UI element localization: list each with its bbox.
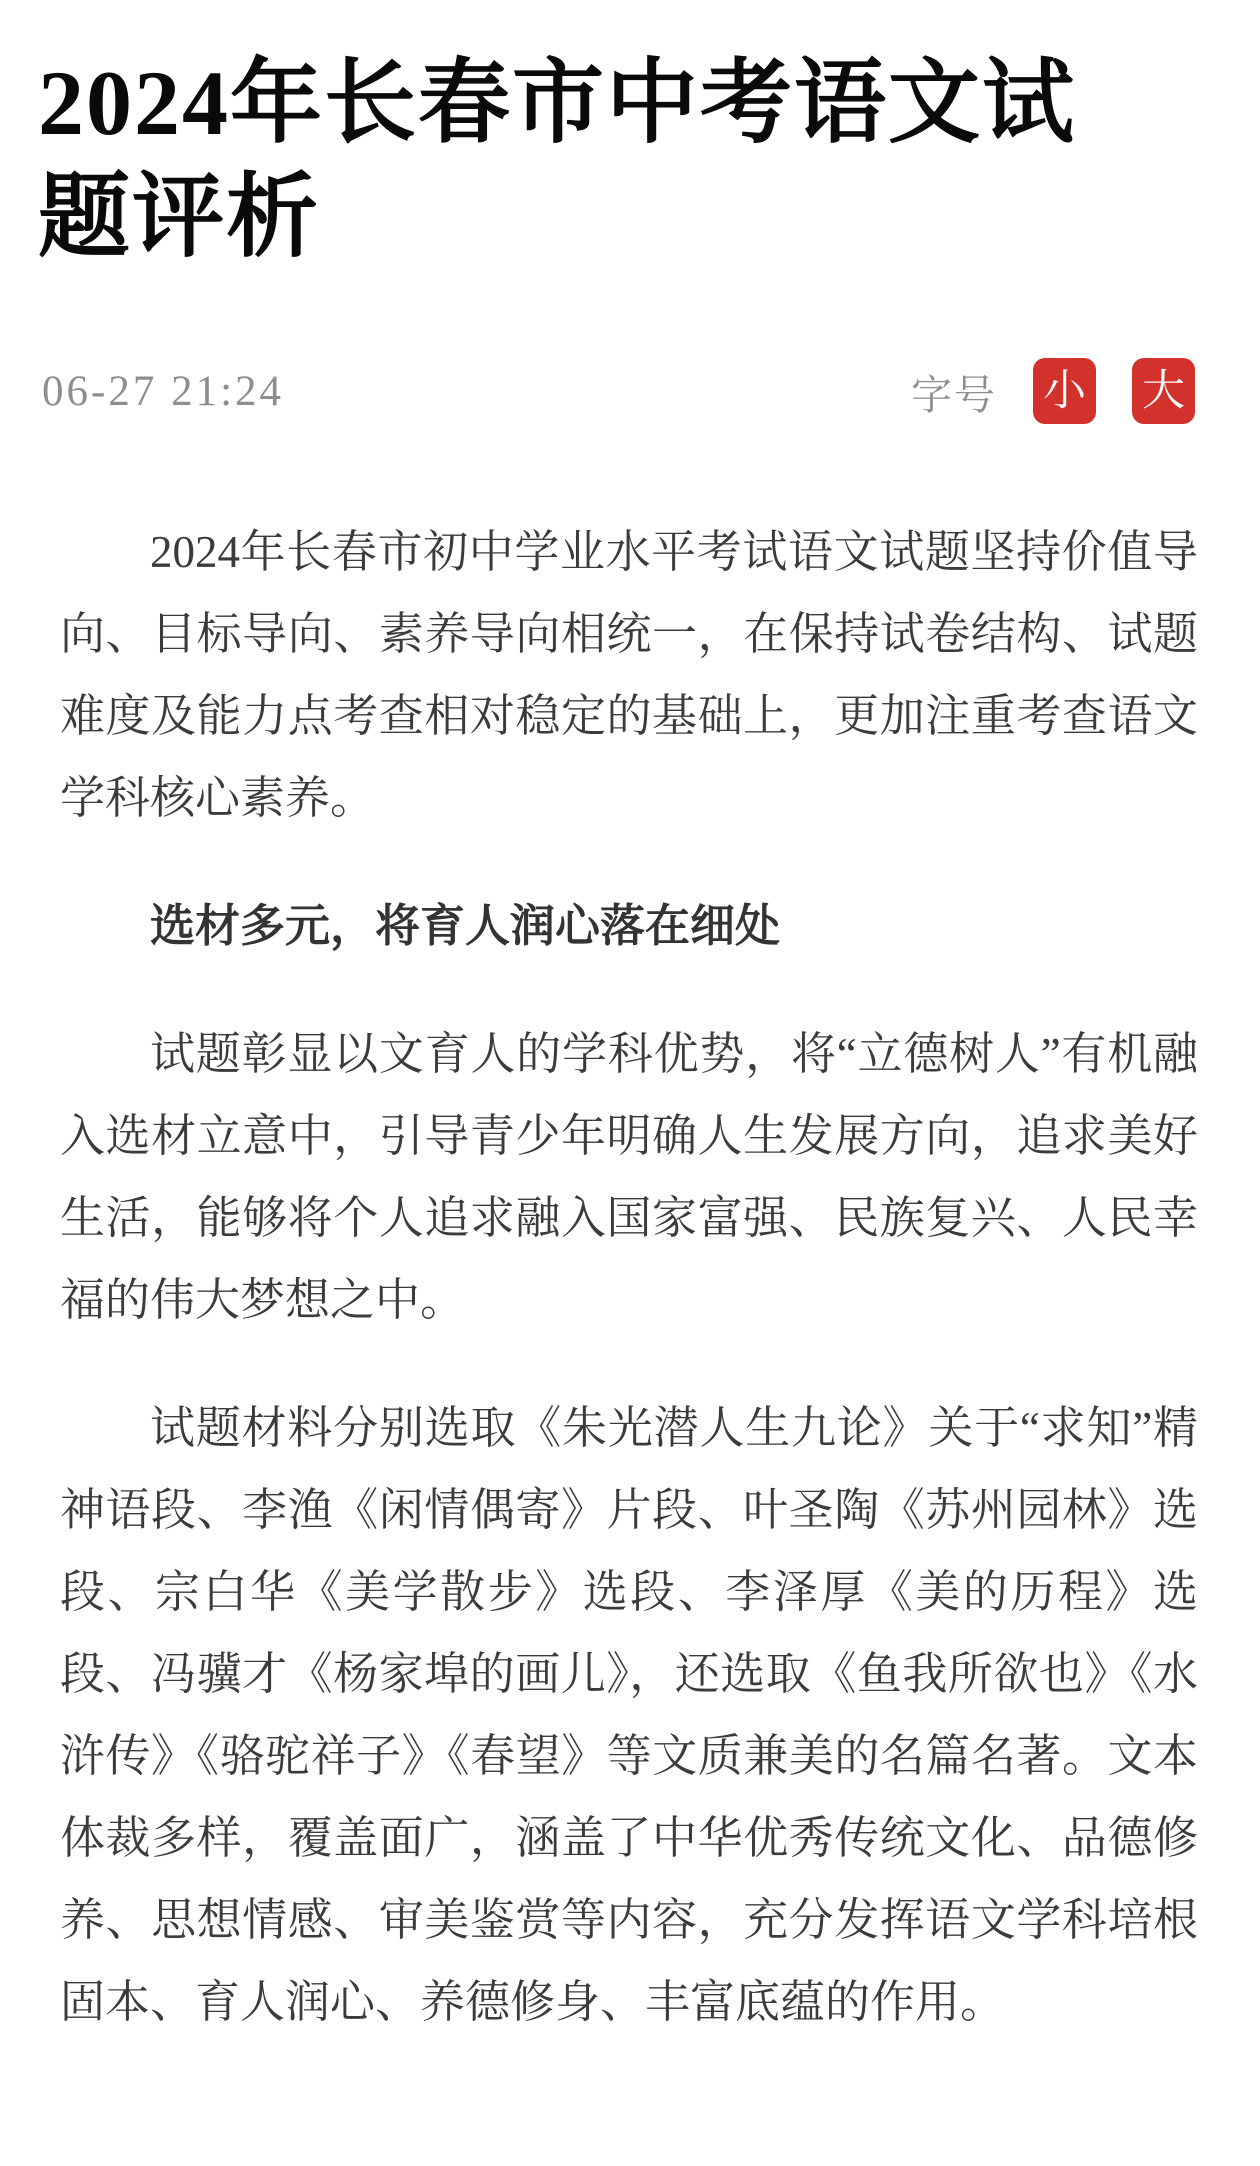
article-body: 2024年长春市初中学业水平考试语文试题坚持价值导向、目标导向、素养导向相统一，… — [0, 511, 1260, 2129]
paragraph-3: 试题材料分别选取《朱光潜人生九论》关于“求知”精神语段、李渔《闲情偶寄》片段、叶… — [60, 1387, 1198, 2043]
page-title-line2: 题评析 — [38, 166, 320, 268]
font-smaller-button[interactable]: 小 — [1033, 358, 1096, 424]
font-size-label: 字号 — [911, 362, 997, 421]
paragraph-2: 试题彰显以文育人的学科优势，将“立德树人”有机融入选材立意中，引导青少年明确人生… — [60, 1013, 1198, 1341]
page-title-line1: 2024年长春市中考语文试 — [38, 52, 1076, 154]
article-date: 06-27 21:24 — [42, 367, 284, 416]
font-larger-button[interactable]: 大 — [1132, 358, 1195, 424]
font-size-control: 字号 小 大 — [911, 358, 1195, 424]
page-title: 2024年长春市中考语文试题评析 — [0, 0, 1260, 274]
meta-row: 06-27 21:24 字号 小 大 — [0, 358, 1260, 424]
section-heading: 选材多元，将育人润心落在细处 — [60, 885, 1198, 967]
paragraph-1: 2024年长春市初中学业水平考试语文试题坚持价值导向、目标导向、素养导向相统一，… — [60, 511, 1198, 839]
